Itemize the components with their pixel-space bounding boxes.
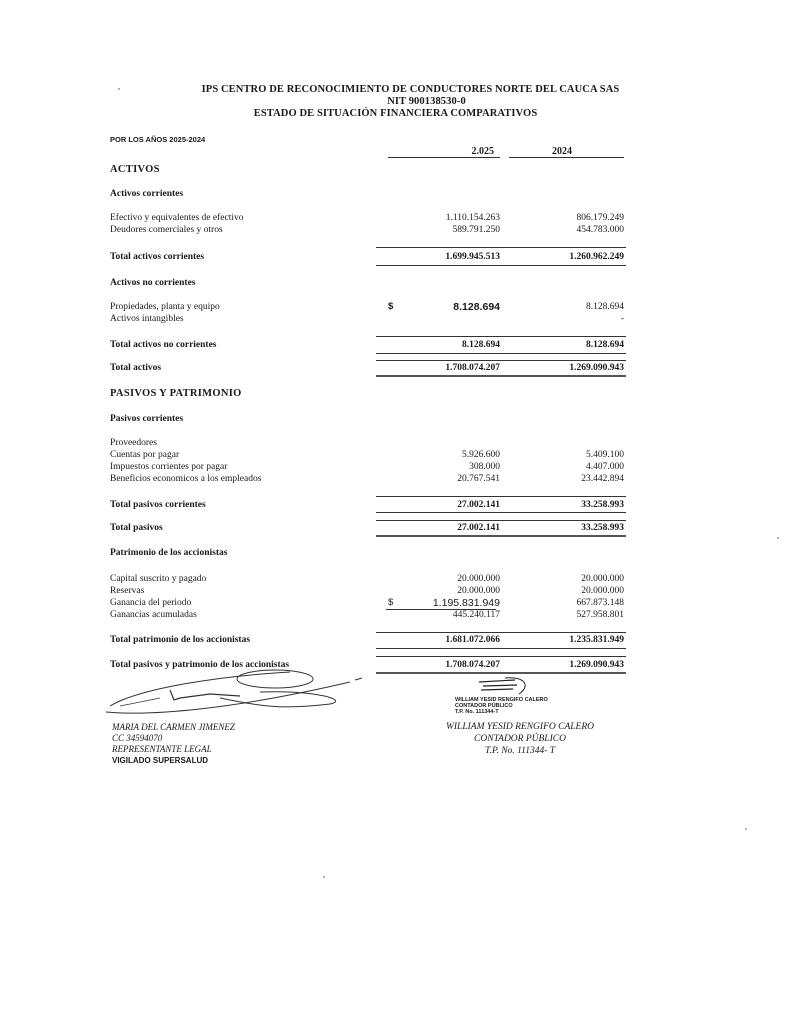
- stamp-tp: T.P. No. 111344-T: [455, 709, 565, 715]
- row-label: Proveedores: [110, 437, 157, 449]
- row-ganancias-acumuladas: Ganancias acumuladas 445.240.117 527.958…: [110, 609, 630, 621]
- accountant-name: WILLIAM YESID RENGIFO CALERO: [420, 721, 620, 733]
- divider: [376, 247, 626, 248]
- row-ganancia-periodo: Ganancia del periodo $ 1.195.831.949 667…: [110, 597, 630, 609]
- row-label: Ganancia del periodo: [110, 597, 191, 609]
- value-2024: 8.128.694: [586, 301, 624, 313]
- row-total-activos-no-corrientes: Total activos no corrientes 8.128.694 8.…: [110, 339, 630, 351]
- signer-id: CC 34594070: [112, 733, 235, 744]
- currency-symbol: $: [388, 597, 393, 609]
- value-2025: 1.708.074.207: [445, 362, 500, 374]
- value-2024: 5.409.100: [586, 449, 624, 461]
- double-underline: [376, 535, 626, 538]
- value-2024: 1.269.090.943: [569, 659, 624, 671]
- value-2025: 20.000.000: [457, 585, 500, 597]
- row-label: Deudores comerciales y otros: [110, 224, 223, 236]
- value-2025: 1.708.074.207: [445, 659, 500, 671]
- row-label: Ganancias acumuladas: [110, 609, 197, 621]
- row-label: Total activos no corrientes: [110, 339, 217, 351]
- row-label: Cuentas por pagar: [110, 449, 179, 461]
- row-total-pasivos-corrientes: Total pasivos corrientes 27.002.141 33.2…: [110, 499, 630, 511]
- row-impuestos: Impuestos corrientes por pagar 308.000 4…: [110, 461, 630, 473]
- value-2025: 27.002.141: [457, 499, 500, 511]
- value-2025: 8.128.694: [462, 339, 500, 351]
- accountant-role: CONTADOR PÚBLICO: [420, 733, 620, 745]
- accountant-stamp: WILLIAM YESID RENGIFO CALERO CONTADOR PÚ…: [455, 697, 565, 715]
- divider: [376, 353, 626, 354]
- statement-title: ESTADO DE SITUACIÓN FINANCIERA COMPARATI…: [0, 108, 791, 120]
- value-2024: 527.958.801: [577, 609, 625, 621]
- row-label: Total pasivos: [110, 522, 163, 534]
- value-2025: 1.681.072.066: [445, 634, 500, 646]
- divider: [376, 648, 626, 649]
- subsection-label: Patrimonio de los accionistas: [110, 547, 227, 559]
- signer-role: REPRESENTANTE LEGAL: [112, 744, 235, 755]
- divider: [376, 496, 626, 497]
- column-header-2024: 2024: [509, 146, 624, 158]
- value-2025: 589.791.250: [453, 224, 501, 236]
- value-2024: 20.000.000: [581, 585, 624, 597]
- column-header-2025: 2.025: [388, 146, 500, 158]
- row-label: Capital suscrito y pagado: [110, 573, 206, 585]
- value-2024: 454.783.000: [577, 224, 625, 236]
- value-2025: 20.000.000: [457, 573, 500, 585]
- value-2024: 33.258.993: [581, 522, 624, 534]
- subsection-label: Activos corrientes: [110, 188, 183, 200]
- value-2024: 806.179.249: [577, 212, 625, 224]
- divider: [376, 512, 626, 513]
- subsection-label: Pasivos corrientes: [110, 413, 183, 425]
- row-label: Total activos corrientes: [110, 251, 204, 263]
- subsection-label: Activos no corrientes: [110, 277, 195, 289]
- column-header-2024-label: 2024: [552, 146, 572, 157]
- row-capital: Capital suscrito y pagado 20.000.000 20.…: [110, 573, 630, 585]
- accountant-tp: T.P. No. 111344- T: [420, 745, 620, 757]
- value-2025: 308.000: [469, 461, 500, 473]
- subsection-activos-no-corrientes: Activos no corrientes: [110, 277, 630, 289]
- value-2024: -: [621, 313, 624, 325]
- row-label: Total activos: [110, 362, 161, 374]
- signer-name: MARIA DEL CARMEN JIMENEZ: [112, 722, 235, 733]
- row-label: Beneficios economicos a los empleados: [110, 473, 261, 485]
- currency-symbol: $: [388, 301, 393, 313]
- scan-speck: [777, 537, 779, 539]
- double-underline: [376, 375, 626, 378]
- subsection-pasivos-corrientes: Pasivos corrientes: [110, 413, 630, 425]
- row-propiedades: Propiedades, planta y equipo $ 8.128.694…: [110, 301, 630, 313]
- section-pasivos-patrimonio: PASIVOS Y PATRIMONIO: [110, 388, 630, 400]
- divider: [376, 265, 626, 266]
- scan-speck: [745, 828, 747, 830]
- row-reservas: Reservas 20.000.000 20.000.000: [110, 585, 630, 597]
- row-total-activos: Total activos 1.708.074.207 1.269.090.94…: [110, 362, 630, 374]
- handwritten-signature-icon: [100, 668, 370, 720]
- company-name: IPS CENTRO DE RECONOCIMIENTO DE CONDUCTO…: [0, 84, 791, 96]
- value-2025: 20.767.541: [457, 473, 500, 485]
- row-label: Propiedades, planta y equipo: [110, 301, 220, 313]
- value-2024: 667.873.148: [577, 597, 625, 609]
- divider: [376, 656, 626, 657]
- value-2024: 20.000.000: [581, 573, 624, 585]
- value-2025: 5.926.600: [462, 449, 500, 461]
- divider: [376, 360, 626, 361]
- value-2025: 445.240.117: [453, 609, 500, 621]
- row-cuentas-pagar: Cuentas por pagar 5.926.600 5.409.100: [110, 449, 630, 461]
- value-2025: 1.699.945.513: [445, 251, 500, 263]
- section-label: ACTIVOS: [110, 164, 160, 176]
- divider: [376, 336, 626, 337]
- section-label: PASIVOS Y PATRIMONIO: [110, 388, 242, 400]
- divider: [376, 632, 626, 633]
- value-2024: 23.442.894: [581, 473, 624, 485]
- row-beneficios: Beneficios economicos a los empleados 20…: [110, 473, 630, 485]
- row-efectivo: Efectivo y equivalentes de efectivo 1.11…: [110, 212, 630, 224]
- value-2024: 1.235.831.949: [569, 634, 624, 646]
- section-activos: ACTIVOS: [110, 164, 630, 176]
- scan-speck: [323, 876, 325, 878]
- row-label: Total patrimonio de los accionistas: [110, 634, 250, 646]
- subsection-patrimonio: Patrimonio de los accionistas: [110, 547, 630, 559]
- value-2024: 1.260.962.249: [569, 251, 624, 263]
- value-2024: 33.258.993: [581, 499, 624, 511]
- row-label: Activos intangibles: [110, 313, 184, 325]
- period-label: POR LOS AÑOS 2025-2024: [110, 135, 205, 144]
- double-underline: [376, 672, 626, 675]
- value-2025: 1.195.831.949: [433, 597, 500, 609]
- row-total-patrimonio: Total patrimonio de los accionistas 1.68…: [110, 634, 630, 646]
- row-label: Efectivo y equivalentes de efectivo: [110, 212, 243, 224]
- scan-speck: [118, 88, 120, 90]
- company-nit: NIT 900138530-0: [0, 96, 791, 108]
- row-label: Reservas: [110, 585, 144, 597]
- row-deudores: Deudores comerciales y otros 589.791.250…: [110, 224, 630, 236]
- row-intangibles: Activos intangibles -: [110, 313, 630, 325]
- row-total-pasivos: Total pasivos 27.002.141 33.258.993: [110, 522, 630, 534]
- value-2024: 8.128.694: [586, 339, 624, 351]
- accountant-block: WILLIAM YESID RENGIFO CALERO CONTADOR PÚ…: [420, 721, 620, 757]
- stamp-signature-icon: [475, 676, 535, 698]
- divider: [376, 520, 626, 521]
- row-proveedores: Proveedores: [110, 437, 630, 449]
- legal-representative-block: MARIA DEL CARMEN JIMENEZ CC 34594070 REP…: [112, 722, 235, 766]
- value-2025: 27.002.141: [457, 522, 500, 534]
- row-label: Total pasivos corrientes: [110, 499, 206, 511]
- supervision-note: VIGILADO SUPERSALUD: [112, 755, 235, 766]
- value-2025: 1.110.154.263: [446, 212, 500, 224]
- value-2024: 4.407.000: [586, 461, 624, 473]
- subsection-activos-corrientes: Activos corrientes: [110, 188, 630, 200]
- row-label: Impuestos corrientes por pagar: [110, 461, 227, 473]
- row-total-activos-corrientes: Total activos corrientes 1.699.945.513 1…: [110, 251, 630, 263]
- value-2025: 8.128.694: [453, 301, 500, 313]
- value-2024: 1.269.090.943: [569, 362, 624, 374]
